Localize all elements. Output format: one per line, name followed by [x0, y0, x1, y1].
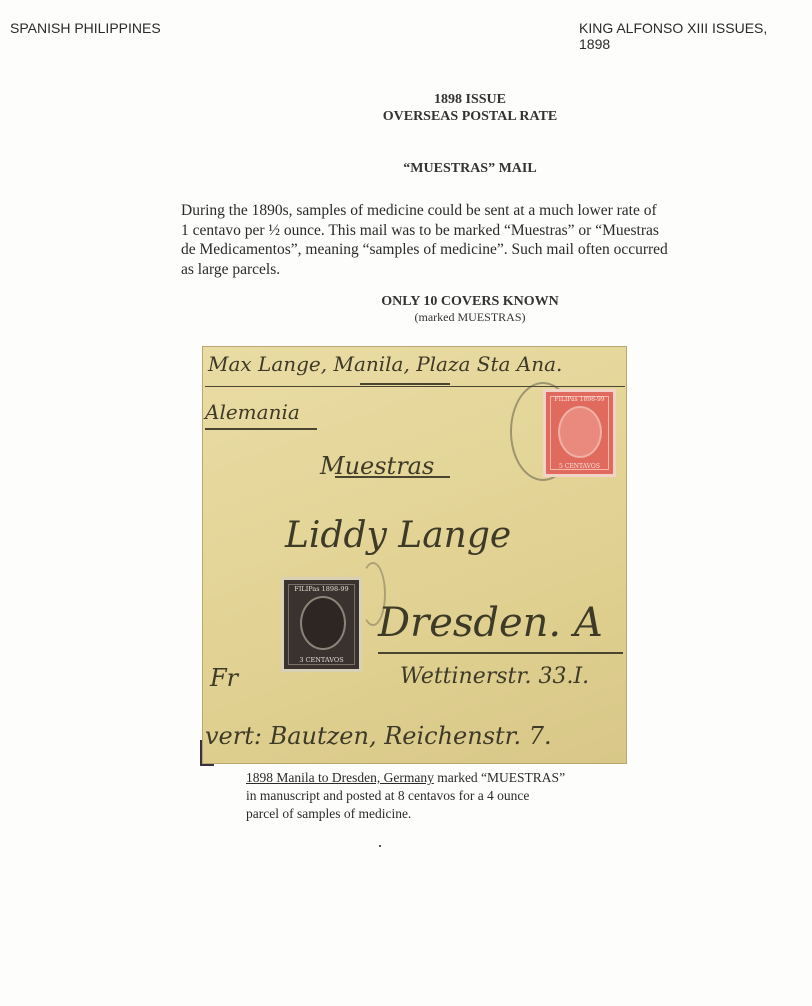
stamp-top-text: FILIPas 1898-99 — [552, 396, 607, 403]
portrait-icon — [300, 596, 346, 650]
portrait-icon — [558, 406, 602, 458]
stamp-value: 3 CENTAVOS — [290, 656, 353, 664]
header-right-line1: KING ALFONSO XIII ISSUES, — [579, 20, 809, 36]
caption-line2: in manuscript and posted at 8 centavos f… — [246, 787, 626, 805]
underline — [335, 476, 450, 478]
description-line: During the 1890s, samples of medicine co… — [181, 201, 721, 221]
caption-text: marked “MUESTRAS” — [434, 770, 565, 785]
black-stamp: FILIPas 1898-99 3 CENTAVOS — [281, 577, 362, 672]
red-stamp: FILIPas 1898-99 5 CENTAVOS — [543, 389, 616, 477]
description-line: 1 centavo per ½ ounce. This mail was to … — [181, 221, 721, 241]
header-right-line2: 1898 — [579, 36, 809, 52]
cover-street: Wettinerstr. 33.I. — [400, 664, 589, 689]
caption-route: 1898 Manila to Dresden, Germany — [246, 770, 434, 785]
description: During the 1890s, samples of medicine co… — [181, 201, 721, 279]
underline — [205, 428, 317, 430]
description-line: de Medicamentos”, meaning “samples of me… — [181, 240, 721, 260]
header-left: SPANISH PHILIPPINES — [10, 20, 161, 36]
cover-country: Alemania — [205, 400, 300, 424]
title-line2: OVERSEAS POSTAL RATE — [170, 108, 770, 125]
caption-line3: parcel of samples of medicine. — [246, 805, 626, 823]
cover-initials: Fr — [210, 664, 238, 692]
underline — [360, 383, 450, 385]
known-subtitle: (marked MUESTRAS) — [170, 310, 770, 325]
cover-city: Dresden. A — [378, 600, 603, 646]
cover-addressee: Liddy Lange — [285, 515, 511, 556]
underline — [378, 652, 623, 654]
cover-caption: 1898 Manila to Dresden, Germany marked “… — [246, 769, 626, 823]
title-line1: 1898 ISSUE — [170, 91, 770, 108]
caption-line1: 1898 Manila to Dresden, Germany marked “… — [246, 769, 626, 787]
cover-return-address: vert: Bautzen, Reichenstr. 7. — [205, 722, 552, 750]
postmark — [360, 562, 386, 626]
cover-sender: Max Lange, Manila, Plaza Sta Ana. — [208, 352, 562, 376]
known-title: ONLY 10 COVERS KNOWN — [170, 294, 770, 310]
stamp-top-text: FILIPas 1898-99 — [290, 585, 353, 593]
cover-rule — [205, 386, 625, 387]
speck — [379, 845, 381, 847]
section-title: “MUESTRAS” MAIL — [170, 161, 770, 177]
header-right: KING ALFONSO XIII ISSUES, 1898 — [579, 20, 809, 52]
description-line: as large parcels. — [181, 260, 721, 280]
stamp-value: 5 CENTAVOS — [552, 463, 607, 470]
page-title: 1898 ISSUE OVERSEAS POSTAL RATE — [170, 91, 770, 125]
